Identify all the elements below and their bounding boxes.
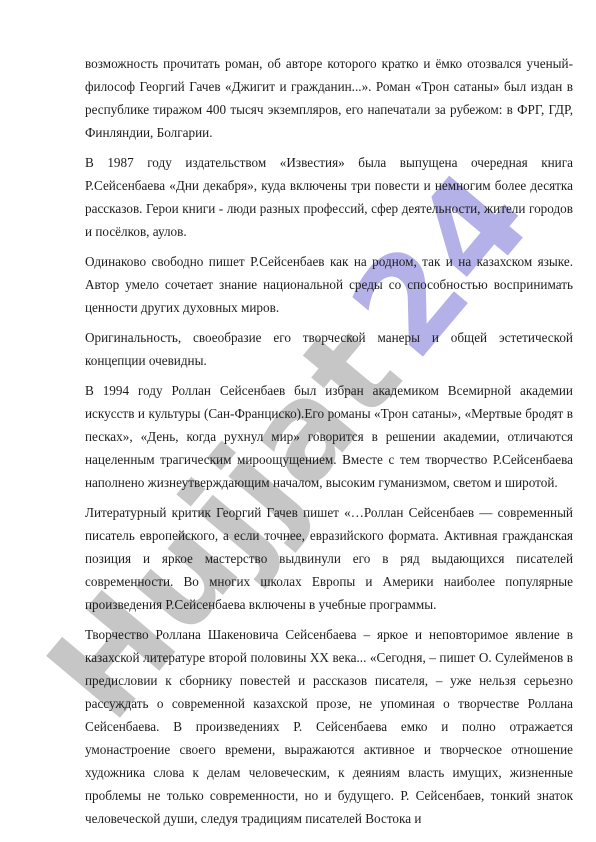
- paragraph: Оригинальность, своеобразие его творческ…: [85, 326, 573, 372]
- paragraph: возможность прочитать роман, об авторе к…: [85, 52, 573, 144]
- paragraph: Творчество Роллана Шакеновича Сейсенбаев…: [85, 623, 573, 830]
- document-page: Hujjat24 возможность прочитать роман, об…: [0, 0, 596, 842]
- paragraph: В 1987 году издательством «Известия» был…: [85, 151, 573, 243]
- paragraph: В 1994 году Роллан Сейсенбаев был избран…: [85, 379, 573, 494]
- paragraph: Литературный критик Георгий Гачев пишет …: [85, 501, 573, 616]
- paragraph: Одинаково свободно пишет Р.Сейсенбаев ка…: [85, 250, 573, 319]
- document-body: возможность прочитать роман, об авторе к…: [85, 52, 573, 837]
